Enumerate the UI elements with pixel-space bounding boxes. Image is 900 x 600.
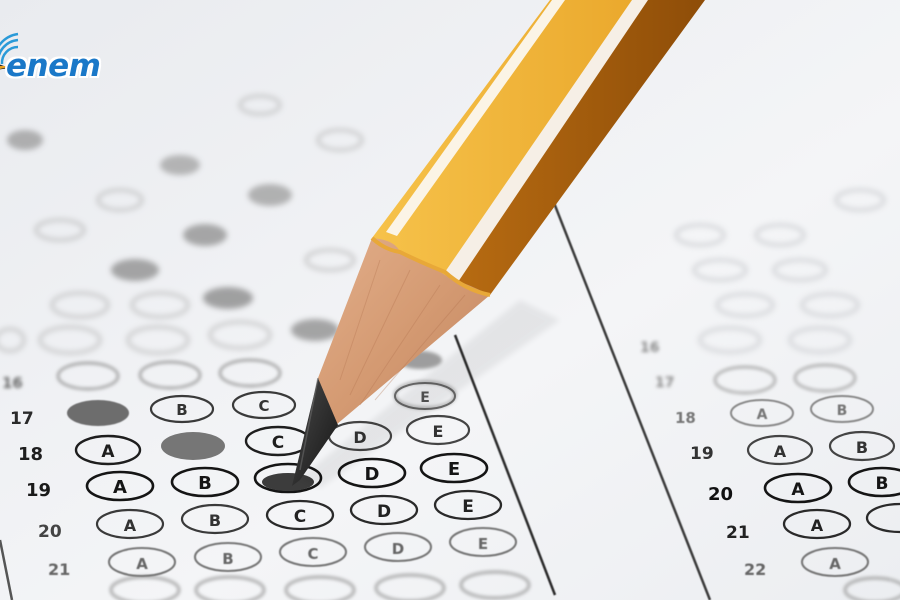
answer-sheet-photo: 16 16 17 — [0, 0, 900, 600]
svg-text:E: E — [462, 497, 474, 517]
svg-text:B: B — [198, 473, 212, 494]
svg-text:16: 16 — [2, 374, 23, 392]
svg-text:C: C — [307, 545, 318, 563]
svg-text:B: B — [222, 550, 233, 568]
bubble-18-b-filled[interactable] — [161, 432, 225, 460]
svg-text:A: A — [774, 442, 787, 461]
svg-text:B: B — [837, 403, 848, 419]
bubble-17-a-filled[interactable] — [67, 400, 129, 426]
svg-text:18: 18 — [18, 444, 43, 465]
svg-text:A: A — [101, 442, 115, 462]
svg-text:A: A — [113, 477, 127, 498]
svg-text:A: A — [811, 516, 824, 535]
svg-text:17: 17 — [655, 375, 674, 391]
svg-text:20: 20 — [708, 484, 733, 505]
svg-text:D: D — [365, 464, 380, 485]
svg-text:C: C — [272, 433, 284, 453]
svg-text:19: 19 — [26, 480, 51, 501]
svg-text:21: 21 — [48, 560, 70, 579]
svg-text:E: E — [478, 535, 488, 553]
svg-text:C: C — [258, 397, 269, 415]
enem-logo-text: enem — [6, 48, 100, 84]
svg-text:18: 18 — [675, 409, 696, 427]
svg-text:E: E — [448, 459, 460, 480]
svg-text:A: A — [791, 480, 805, 500]
svg-text:16: 16 — [640, 340, 659, 356]
svg-text:A: A — [829, 555, 841, 573]
svg-text:21: 21 — [726, 523, 750, 543]
svg-text:22: 22 — [744, 560, 766, 579]
enem-logo: enem — [0, 28, 140, 88]
svg-text:D: D — [377, 502, 391, 522]
svg-text:20: 20 — [38, 522, 62, 542]
svg-text:17: 17 — [10, 409, 34, 429]
svg-text:A: A — [757, 407, 768, 423]
svg-text:B: B — [176, 401, 187, 419]
svg-text:C: C — [294, 507, 306, 527]
svg-text:B: B — [856, 438, 868, 457]
svg-text:19: 19 — [690, 444, 714, 464]
svg-text:B: B — [876, 474, 889, 494]
svg-text:A: A — [136, 555, 148, 573]
answer-sheet: 16 16 17 — [0, 0, 900, 600]
svg-text:E: E — [433, 422, 444, 441]
svg-text:B: B — [209, 511, 221, 530]
svg-text:A: A — [124, 516, 137, 535]
svg-text:D: D — [392, 540, 404, 558]
